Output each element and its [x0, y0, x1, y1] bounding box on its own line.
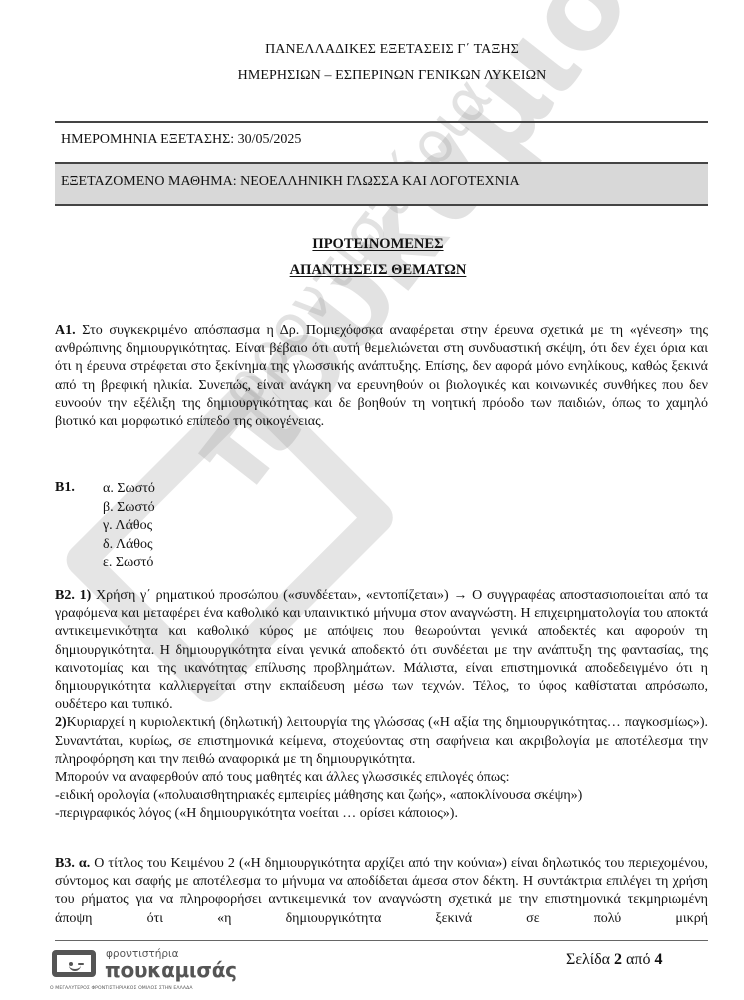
answer-b1-list: α. Σωστό β. Σωστό γ. Λάθος δ. Λάθος ε. Σ…: [103, 480, 155, 573]
screen-smiley-icon: [52, 950, 96, 977]
answer-b2-part2: 2)Κυριαρχεί η κυριολεκτική (δηλωτική) λε…: [55, 714, 708, 769]
footer-divider: [55, 940, 708, 941]
page-number: Σελίδα 2 από 4: [566, 951, 662, 969]
page-prefix: Σελίδα: [566, 951, 614, 968]
answer-b1-label: Β1.: [55, 480, 75, 496]
list-item: γ. Λάθος: [103, 517, 155, 536]
header-line-2: ΗΜΕΡΗΣΙΩΝ – ΕΣΠΕΡΙΝΩΝ ΓΕΝΙΚΩΝ ΛΥΚΕΙΩΝ: [20, 68, 744, 84]
answer-b3-text: Ο τίτλος του Κειμένου 2 («Η δημιουργικότ…: [55, 856, 708, 926]
list-item: β. Σωστό: [103, 499, 155, 518]
page-total: 4: [654, 951, 662, 968]
page-title-line-1: ΠΡΟΤΕΙΝΟΜΕΝΕΣ: [6, 236, 744, 253]
answer-a1-text: Στο συγκεκριμένο απόσπασμα η Δρ. Πομιεχό…: [55, 323, 708, 429]
page-title-line-2: ΑΠΑΝΤΗΣΕΙΣ ΘΕΜΑΤΩΝ: [6, 262, 744, 279]
answer-b2-part2-text: Κυριαρχεί η κυριολεκτική (δηλωτική) λειτ…: [55, 715, 708, 766]
logo-smile: [69, 964, 81, 971]
list-item: ε. Σωστό: [103, 554, 155, 573]
answer-b3: Β3. α. Ο τίτλος του Κειμένου 2 («Η δημιο…: [55, 855, 708, 928]
answer-a1-label: Α1.: [55, 323, 76, 338]
header-line-1: ΠΑΝΕΛΛΑΔΙΚΕΣ ΕΞΕΤΑΣΕΙΣ Γ΄ ΤΑΞΗΣ: [20, 42, 744, 58]
answer-b2-label: Β2.: [55, 588, 75, 603]
logo-tagline: Ο ΜΕΓΑΛΥΤΕΡΟΣ ΦΡΟΝΤΙΣΤΗΡΙΑΚΟΣ ΟΜΙΛΟΣ ΣΤΗ…: [50, 986, 193, 991]
answer-b2-part2-line3: Μπορούν να αναφερθούν από τους μαθητές κ…: [55, 769, 708, 787]
list-item: δ. Λάθος: [103, 536, 155, 555]
page-mid: από: [622, 951, 654, 968]
brand-logo: φροντιστήρια πουκαμισάς Ο ΜΕΓΑΛΥΤΕΡΟΣ ΦΡ…: [50, 948, 250, 996]
divider: [55, 204, 708, 206]
list-item: α. Σωστό: [103, 480, 155, 499]
answer-b2: Β2. 1) Χρήση γ΄ ρηματικού προσώπου («συν…: [55, 587, 708, 824]
answer-b2-part2-line5: -περιγραφικός λόγος («Η δημιουργικότητα …: [55, 805, 708, 823]
answer-b3-label: Β3. α.: [55, 856, 90, 871]
answer-a1: Α1. Στο συγκεκριμένο απόσπασμα η Δρ. Πομ…: [55, 322, 708, 431]
exam-subject: ΕΞΕΤΑΖΟΜΕΝΟ ΜΑΘΗΜΑ: ΝΕΟΕΛΛΗΝΙΚΗ ΓΛΩΣΣΑ Κ…: [61, 174, 520, 190]
exam-date: ΗΜΕΡΟΜΗΝΙΑ ΕΞΕΤΑΣΗΣ: 30/05/2025: [55, 132, 301, 148]
divider: [55, 121, 708, 123]
page-current: 2: [614, 951, 622, 968]
answer-b2-part1-label: 1): [75, 588, 91, 603]
answer-b2-part2-line4: -ειδική ορολογία («πολυαισθητηριακές εμπ…: [55, 787, 708, 805]
answer-b2-part1-text: Χρήση γ΄ ρηματικού προσώπου («συνδέεται»…: [55, 588, 708, 712]
exam-answers-page: φροντιστήρια πουκαμισάς ΠΑΝΕΛΛΑΔΙΚΕΣ ΕΞΕ…: [0, 0, 744, 1000]
answer-b2-part1: Β2. 1) Χρήση γ΄ ρηματικού προσώπου («συν…: [55, 587, 708, 714]
logo-big-text: πουκαμισάς: [105, 958, 237, 982]
answer-b2-part2-label: 2): [55, 715, 67, 730]
